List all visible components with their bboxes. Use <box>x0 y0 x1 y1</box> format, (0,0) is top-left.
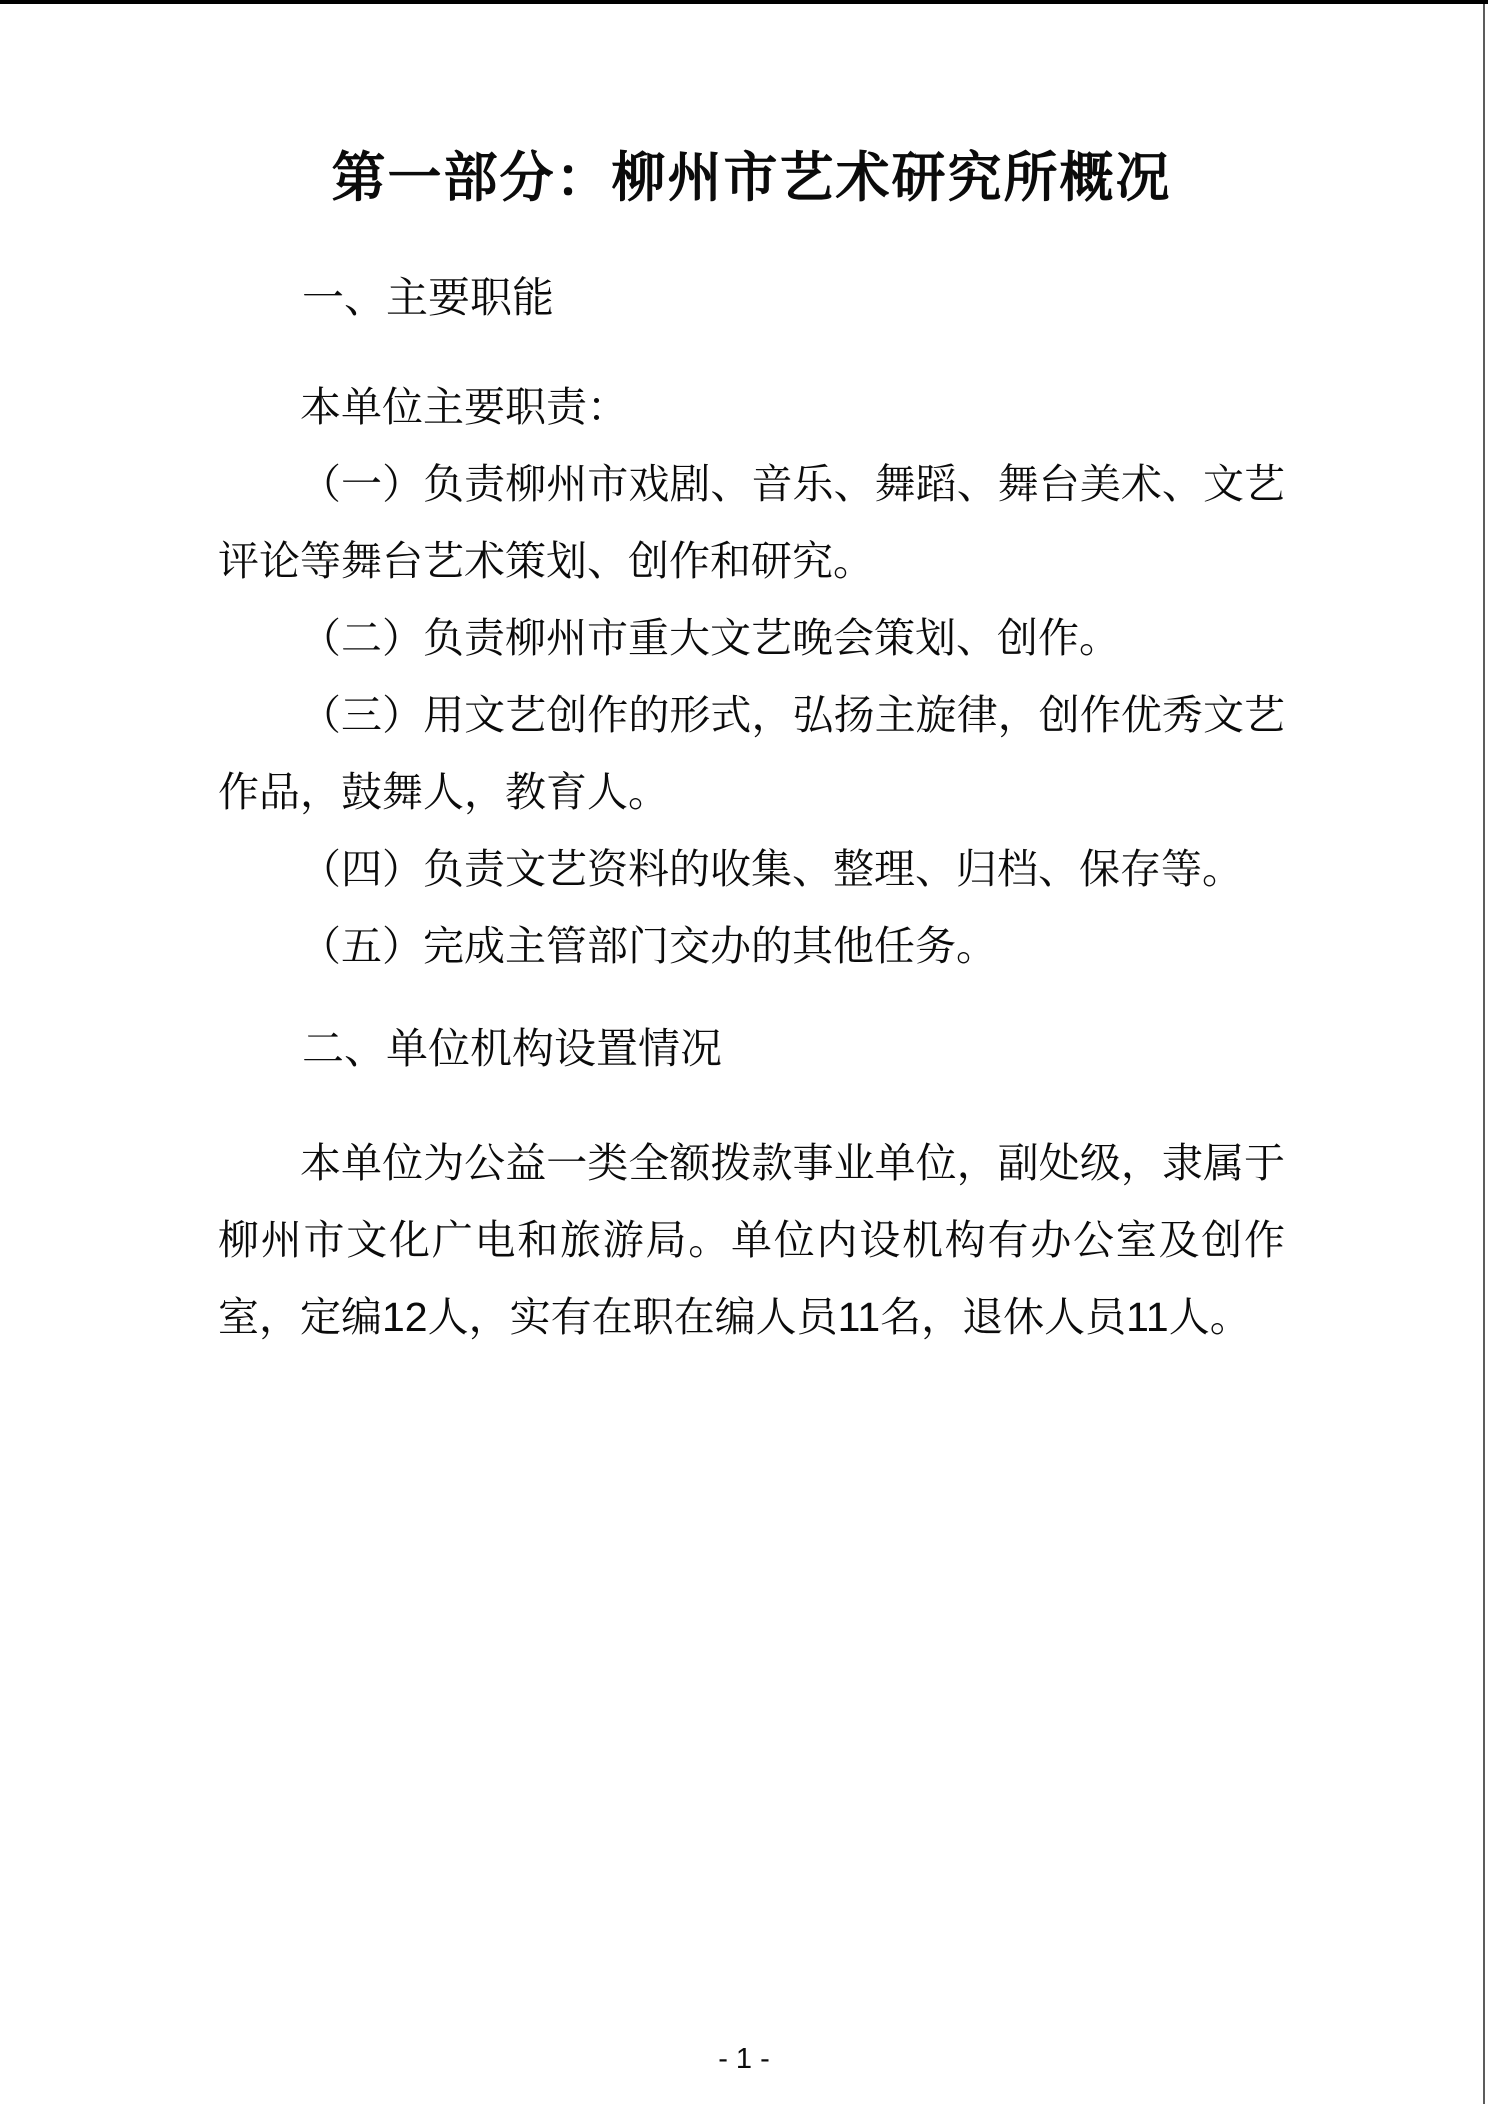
section-2-body: 本单位为公益一类全额拨款事业单位，副处级，隶属于柳州市文化广电和旅游局。单位内设… <box>218 1125 1285 1356</box>
paragraph: （三）用文艺创作的形式，弘扬主旋律，创作优秀文艺作品，鼓舞人，教育人。 <box>218 677 1285 831</box>
document-title: 第一部分：柳州市艺术研究所概况 <box>218 146 1285 210</box>
paragraph: （五）完成主管部门交办的其他任务。 <box>218 908 1285 985</box>
section-1-body: 本单位主要职责： （一）负责柳州市戏剧、音乐、舞蹈、舞台美术、文艺评论等舞台艺术… <box>218 369 1285 985</box>
paragraph: （四）负责文艺资料的收集、整理、归档、保存等。 <box>218 831 1285 908</box>
page-number: - 1 - <box>718 2043 770 2075</box>
paragraph: 本单位为公益一类全额拨款事业单位，副处级，隶属于柳州市文化广电和旅游局。单位内设… <box>218 1125 1285 1356</box>
paragraph: （二）负责柳州市重大文艺晚会策划、创作。 <box>218 600 1285 677</box>
document-page: 第一部分：柳州市艺术研究所概况 一、主要职能 本单位主要职责： （一）负责柳州市… <box>0 0 1488 2104</box>
section-2-heading: 二、单位机构设置情况 <box>218 1023 1285 1075</box>
paragraph: （一）负责柳州市戏剧、音乐、舞蹈、舞台美术、文艺评论等舞台艺术策划、创作和研究。 <box>218 446 1285 600</box>
scan-top-edge-bar <box>0 0 1488 4</box>
scan-right-edge-line <box>1483 4 1485 2104</box>
section-1-heading: 一、主要职能 <box>218 272 1285 324</box>
paragraph: 本单位主要职责： <box>218 369 1285 446</box>
page-footer: - 1 - <box>0 2042 1488 2076</box>
document-content: 第一部分：柳州市艺术研究所概况 一、主要职能 本单位主要职责： （一）负责柳州市… <box>0 146 1488 1356</box>
